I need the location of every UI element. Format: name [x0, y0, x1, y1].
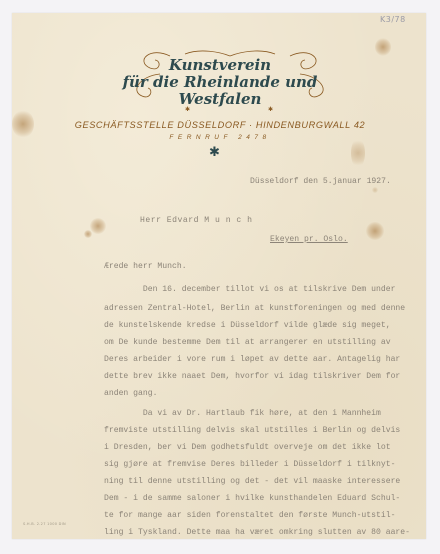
- star-icon: ✱: [209, 146, 220, 159]
- stain: [84, 230, 92, 238]
- body-line: ling i Tyskland. Dette maa ha været omkr…: [104, 529, 410, 537]
- body-line: fremviste utstilling delvis skal utstill…: [104, 427, 400, 435]
- body-line: anden gang.: [104, 390, 157, 398]
- body-line: adressen Zentral-Hotel, Berlin at kunstf…: [104, 305, 405, 313]
- body-line: ning til denne utstilling og det - det v…: [104, 478, 400, 486]
- stain: [375, 38, 391, 56]
- body-line: Da vi av Dr. Hartlaub fik høre, at den i…: [104, 410, 381, 418]
- org-name-line3: Westfalen: [0, 92, 440, 107]
- body-line: dette brev ikke naaet Dem, hvorfor vi id…: [104, 373, 400, 381]
- letterhead-address: GESCHÄFTSSTELLE DÜSSELDORF · HINDENBURGW…: [0, 120, 440, 130]
- org-name-line2: für die Rheinlande und: [0, 75, 440, 90]
- stain: [366, 222, 384, 240]
- body-line: Den 16. december tillot vi os at tilskri…: [104, 286, 395, 294]
- archive-id-label: K3/78: [380, 15, 406, 24]
- body-line: te for mange aar siden forenstaltet den …: [104, 512, 395, 520]
- printer-mark: S.H.B. 2.27 1000 DIN: [23, 522, 66, 526]
- date-line: Düsseldorf den 5.januar 1927.: [250, 178, 391, 186]
- letterhead-phone: FERNRUF 2478: [0, 134, 440, 141]
- recipient-name: Herr Edvard M u n c h: [140, 217, 253, 225]
- org-name-line1: Kunstverein: [0, 58, 440, 73]
- stain: [372, 187, 378, 193]
- body-line: i Dresden, ber vi Dem godhetsfuldt overv…: [104, 444, 391, 452]
- stain: [90, 218, 106, 234]
- body-line: de kunstelskende kredse i Düsseldorf vil…: [104, 322, 391, 330]
- body-line: om De kunde bestemme Dem til at arranger…: [104, 339, 391, 347]
- stain: [351, 138, 365, 168]
- body-line: sig gjøre at fremvise Deres billeder i D…: [104, 461, 395, 469]
- recipient-place: Ekeyen pr. Oslo.: [270, 236, 348, 244]
- svg-text:✱: ✱: [268, 106, 273, 113]
- salutation: Ærede herr Munch.: [104, 263, 187, 271]
- body-line: Dem - i de samme saloner i hvilke kunsth…: [104, 495, 400, 503]
- body-line: Deres arbeider i vore rum i løpet av det…: [104, 356, 400, 364]
